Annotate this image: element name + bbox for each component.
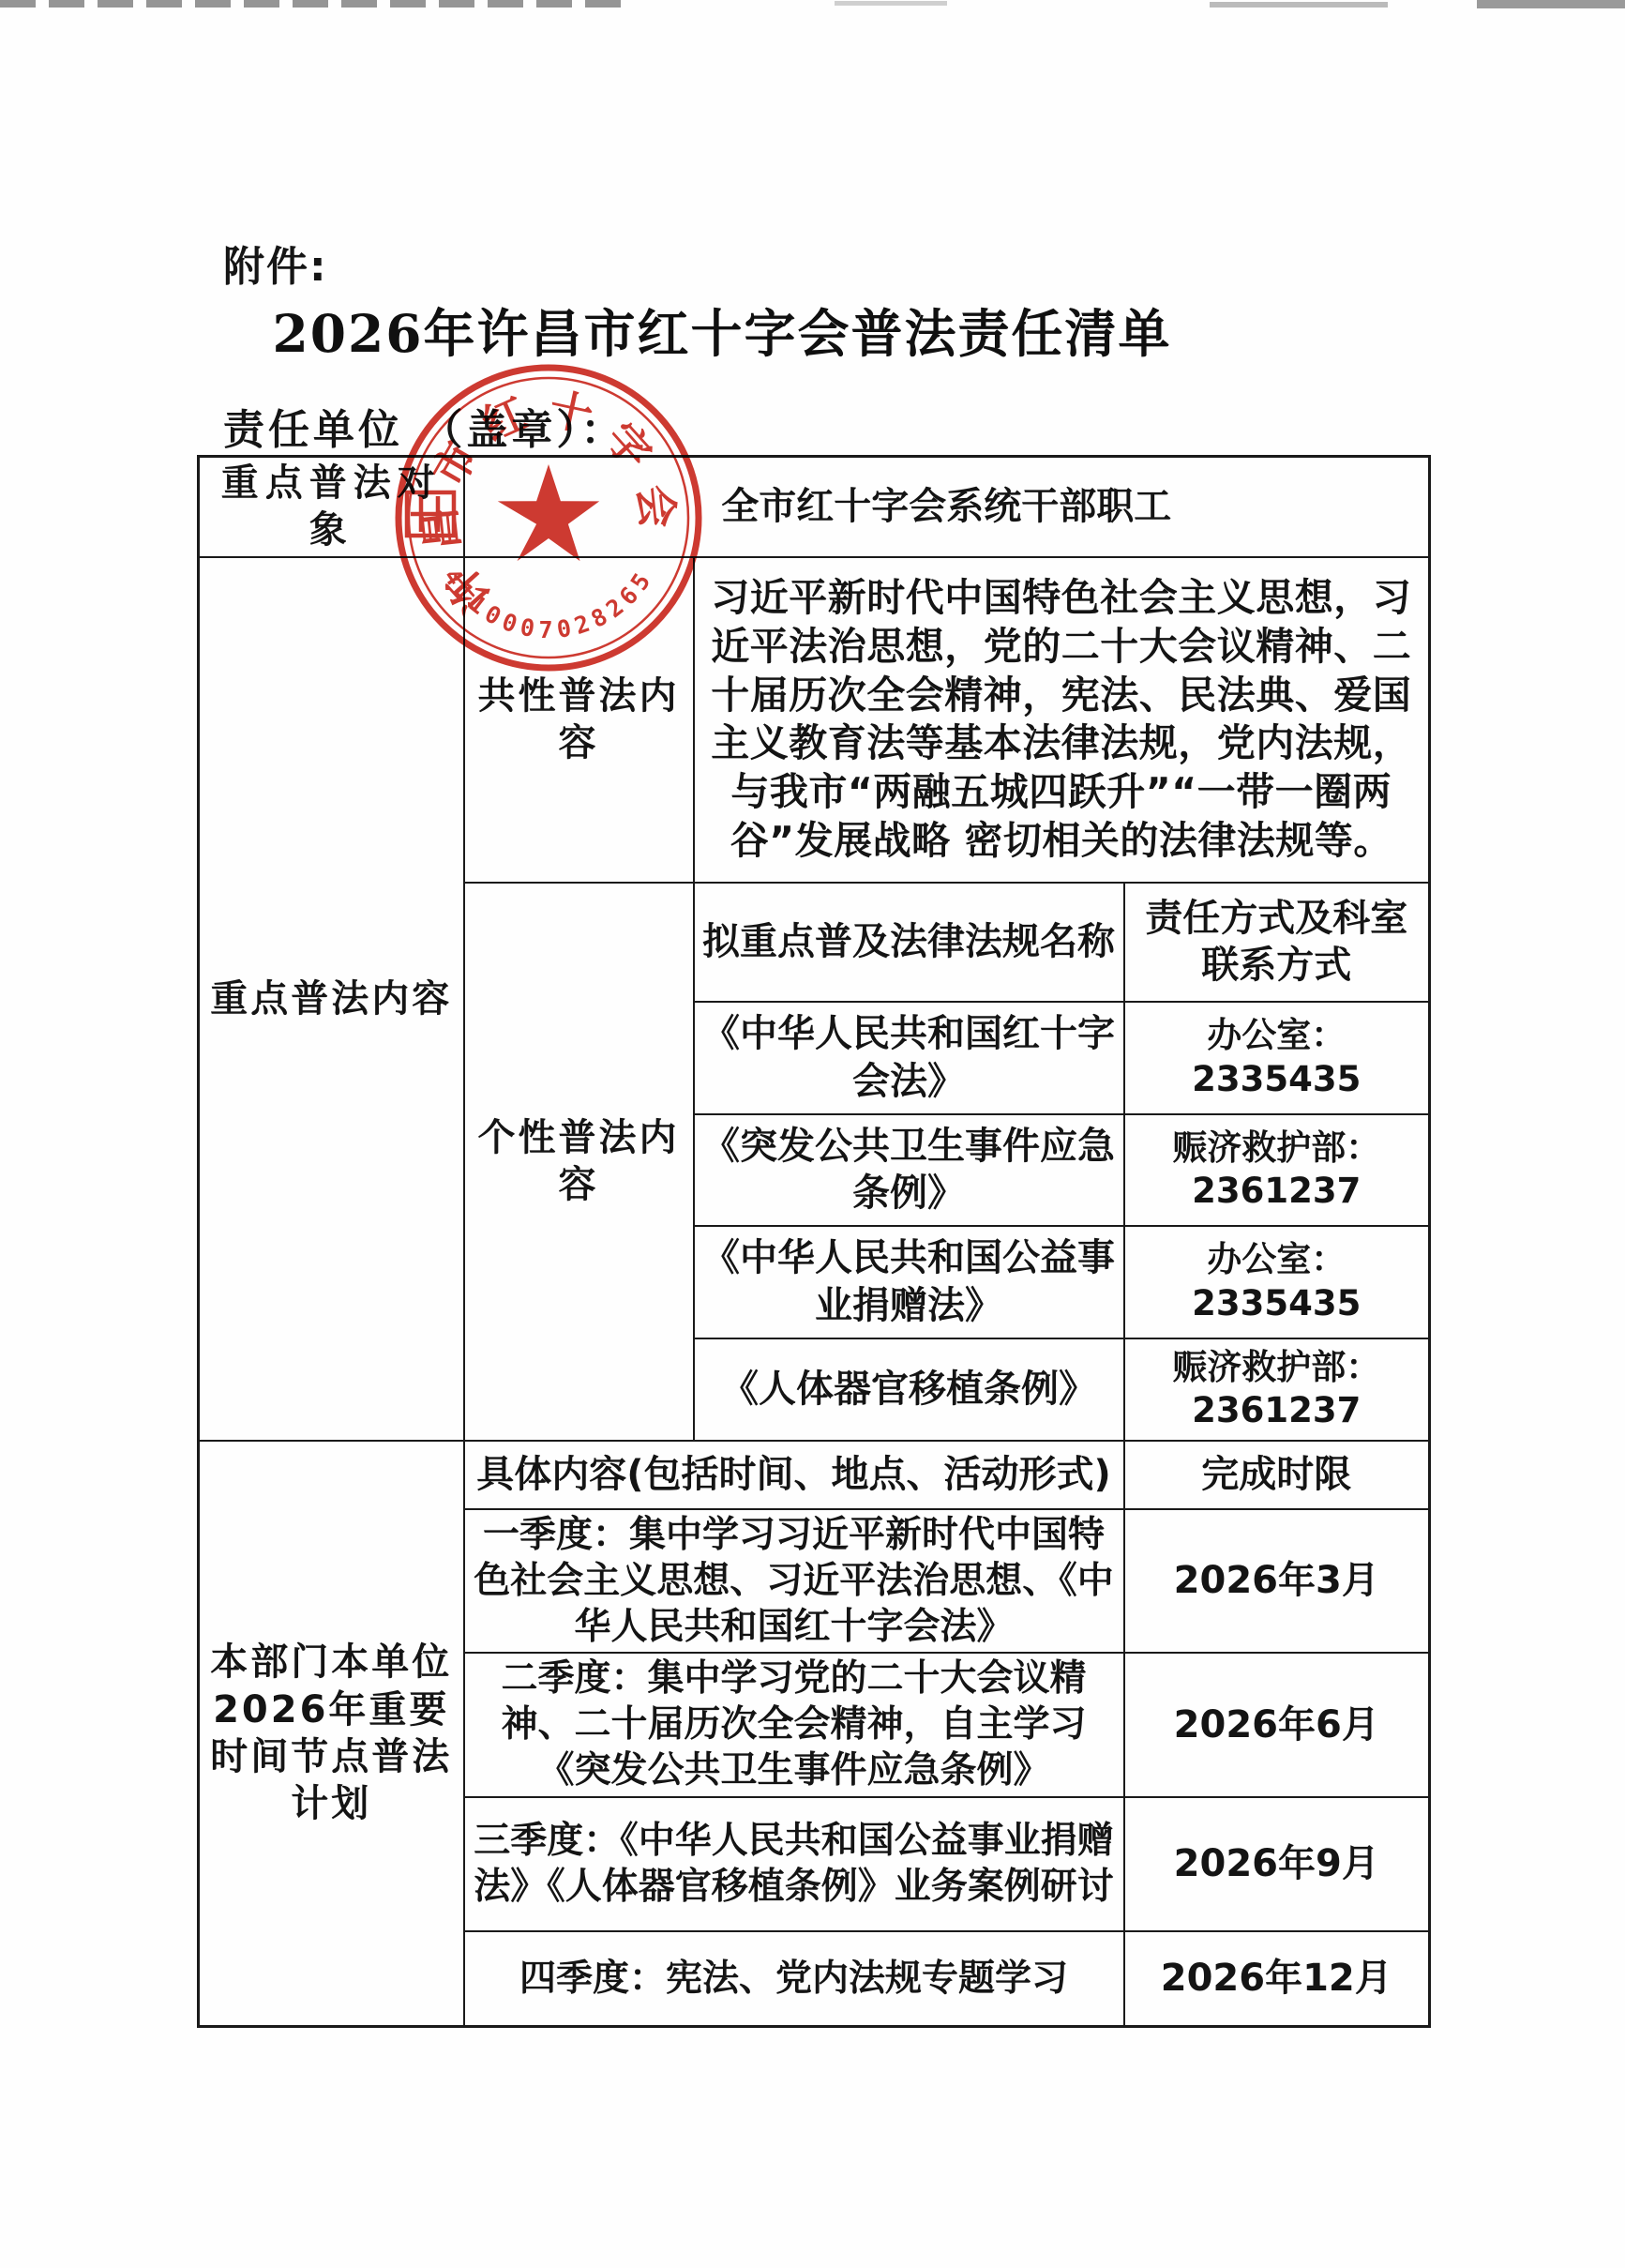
individual-content-label: 个性普法内容	[464, 883, 694, 1441]
deadline-cell: 2026年9月	[1124, 1797, 1430, 1931]
scan-artifact-strip	[1477, 0, 1625, 8]
quarter-content-cell: 三季度：《中华人民共和国公益事业捐赠法》《人体器官移植条例》业务案例研讨	[464, 1797, 1124, 1931]
plan-section-label: 本部门本单位2026年重要时间节点普法计划	[199, 1441, 464, 2027]
target-value-cell: 全市红十字会系统干部职工	[464, 457, 1430, 557]
table-row: 本部门本单位2026年重要时间节点普法计划 具体内容(包括时间、地点、活动形式)…	[199, 1441, 1430, 1509]
scan-artifact-strip	[0, 0, 621, 8]
law-name-cell: 《突发公共卫生事件应急条例》	[694, 1114, 1124, 1226]
contact-cell: 办公室：2335435	[1124, 1226, 1430, 1338]
law-name-cell: 《中华人民共和国红十字会法》	[694, 1002, 1124, 1114]
deadline-cell: 2026年3月	[1124, 1509, 1430, 1653]
target-label-cell: 重点普法对象	[199, 457, 464, 557]
law-name-cell: 《中华人民共和国公益事业捐赠法》	[694, 1226, 1124, 1338]
key-content-section-label: 重点普法内容	[199, 557, 464, 1441]
contact-header-cell: 责任方式及科室联系方式	[1124, 883, 1430, 1002]
table-row: 重点普法内容 共性普法内容 习近平新时代中国特色社会主义思想，习近平法治思想，党…	[199, 557, 1430, 883]
legal-responsibility-table: 重点普法对象 全市红十字会系统干部职工 重点普法内容 共性普法内容 习近平新时代…	[197, 455, 1431, 2028]
quarter-content-cell: 二季度：集中学习党的二十大会议精神、二十届历次全会精神，自主学习《突发公共卫生事…	[464, 1653, 1124, 1796]
attachment-label: 附件:	[223, 233, 328, 293]
responsible-unit-seal-line: 责任单位 （盖章）：	[223, 396, 625, 456]
scan-artifact-strip	[1210, 2, 1388, 8]
common-content-label: 共性普法内容	[464, 557, 694, 883]
contact-cell: 办公室：2335435	[1124, 1002, 1430, 1114]
law-name-cell: 《人体器官移植条例》	[694, 1338, 1124, 1441]
plan-deadline-header-cell: 完成时限	[1124, 1441, 1430, 1509]
deadline-cell: 2026年6月	[1124, 1653, 1430, 1796]
table-row: 重点普法对象 全市红十字会系统干部职工	[199, 457, 1430, 557]
common-content-text: 习近平新时代中国特色社会主义思想，习近平法治思想，党的二十大会议精神、二十届历次…	[694, 557, 1430, 883]
scanned-document-page: { "page": { "attachment_label": "附件:", "…	[0, 0, 1625, 2268]
deadline-cell: 2026年12月	[1124, 1931, 1430, 2027]
contact-cell: 赈济救护部：2361237	[1124, 1338, 1430, 1441]
law-name-header-cell: 拟重点普及法律法规名称	[694, 883, 1124, 1002]
quarter-content-cell: 一季度：集中学习习近平新时代中国特色社会主义思想、习近平法治思想、《中华人民共和…	[464, 1509, 1124, 1653]
quarter-content-cell: 四季度：宪法、党内法规专题学习	[464, 1931, 1124, 2027]
contact-cell: 赈济救护部：2361237	[1124, 1114, 1430, 1226]
page-title: 2026年许昌市红十字会普法责任清单	[131, 293, 1313, 367]
plan-content-header-cell: 具体内容(包括时间、地点、活动形式)	[464, 1441, 1124, 1509]
scan-artifact-strip	[835, 1, 947, 6]
